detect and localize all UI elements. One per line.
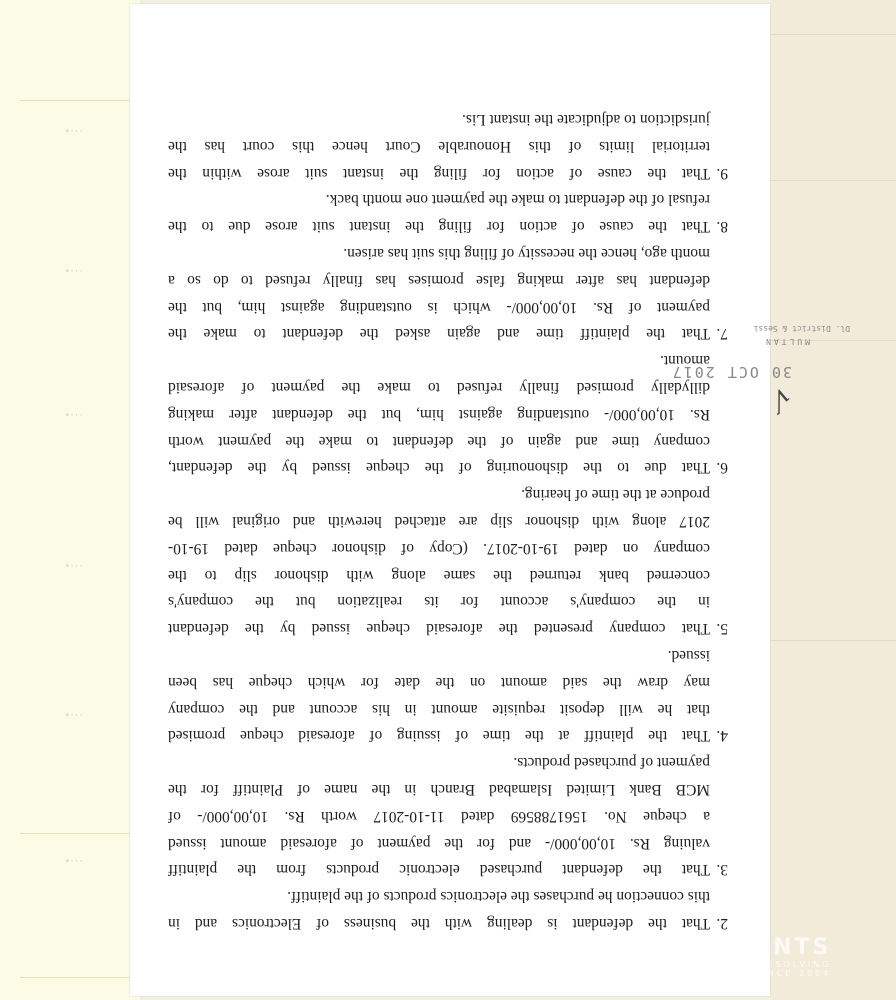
fold-line: [770, 640, 896, 641]
stamp-date: 30 OCT 2017: [671, 363, 792, 381]
document-body: 2.That the defendant is dealing with the…: [168, 105, 728, 936]
paragraph: 5.That company presented the aforesaid c…: [168, 480, 728, 641]
paragraph: 4.That the plaintiff at the time of issu…: [168, 641, 728, 748]
paragraph-line: territorial limits of this Honourable Co…: [168, 132, 728, 159]
paragraph-number: 2.: [710, 909, 728, 936]
paragraph-number: 7.: [710, 320, 728, 347]
paragraph-line: in the company's account for its realiza…: [168, 588, 728, 615]
stamp-city: MULTAN: [763, 337, 810, 346]
paragraph-number: 5.: [710, 614, 728, 641]
stamp-court: Dl. District & Sessi: [754, 324, 850, 333]
margin-mark: ᵃ ˑ ˑ ˑ: [66, 712, 83, 720]
right-margin-paper: [770, 0, 896, 1000]
paragraph-line: Rs. 10,00,000/- outstanding against him,…: [168, 400, 728, 427]
paragraph-line: that he will deposit requisite amount in…: [168, 695, 728, 722]
watermark-subtitle: RESOLVING: [640, 960, 831, 969]
fold-line: [20, 833, 130, 834]
paragraph-line: 2.That the defendant is dealing with the…: [168, 909, 728, 936]
paragraph-line: 5.That company presented the aforesaid c…: [168, 614, 728, 641]
paragraph-line: 8.That the cause of action for filing th…: [168, 212, 728, 239]
paragraph-line: company time and again of the defendant …: [168, 427, 728, 454]
paragraph-line: concerned bank returned the same along w…: [168, 561, 728, 588]
left-margin-paper: ᵃ ˑ ˑ ˑ ᵃ ˑ ˑ ˑ ᵃ ˑ ˑ ˑ ᵃ ˑ ˑ ˑ ᵃ ˑ ˑ ˑ …: [0, 0, 140, 1000]
watermark-title: COMPLAINTS: [640, 935, 831, 960]
paragraph-line: refusal of the defendant to make the pay…: [168, 186, 728, 213]
paragraph: 3.That the defendant purchased electroni…: [168, 748, 728, 882]
paragraph-line: valuing Rs. 10,00,000/- and for the paym…: [168, 829, 728, 856]
document-page: 2.That the defendant is dealing with the…: [130, 4, 770, 996]
margin-mark: ᵃ ˑ ˑ ˑ: [66, 858, 83, 866]
paragraph-number: 8.: [710, 212, 728, 239]
paragraph-line: may draw the said amount on the date for…: [168, 668, 728, 695]
paragraph-number: 9.: [710, 159, 728, 186]
margin-mark: ᵃ ˑ ˑ ˑ: [66, 268, 83, 276]
paragraph-line: jurisdiction to adjudicate the instant L…: [168, 105, 728, 132]
margin-mark: ᵃ ˑ ˑ ˑ: [66, 412, 83, 420]
paragraph-line: produce at the time of hearing.: [168, 480, 728, 507]
paragraph-line: month ago, hence the necessity of filing…: [168, 239, 728, 266]
paragraph-line: 3.That the defendant purchased electroni…: [168, 856, 728, 883]
paragraph-line: 6.That due to the dishonouring of the ch…: [168, 454, 728, 481]
paragraph: 2.That the defendant is dealing with the…: [168, 882, 728, 936]
paragraph-number: 3.: [710, 856, 728, 883]
paragraph-line: defendant has after making false promise…: [168, 266, 728, 293]
paragraph: 6.That due to the dishonouring of the ch…: [168, 346, 728, 480]
fold-line: [770, 34, 896, 35]
paragraph: 7.That the plaintiff time and again aske…: [168, 239, 728, 346]
paragraph-line: 7.That the plaintiff time and again aske…: [168, 320, 728, 347]
watermark-subtitle: SINCE 2004: [640, 969, 831, 978]
paragraph-line: 2017 along with dishonor slip are attach…: [168, 507, 728, 534]
rotated-content: 2.That the defendant is dealing with the…: [130, 4, 770, 996]
paragraph: 8.That the cause of action for filing th…: [168, 186, 728, 240]
paragraph: 9.That the cause of action for filing th…: [168, 105, 728, 185]
paragraph-number: 6.: [710, 454, 728, 481]
paragraph-line: dillydally promised finally refused to m…: [168, 373, 728, 400]
paragraph-number: 4.: [710, 722, 728, 749]
fold-line: [20, 100, 130, 101]
fold-line: [770, 180, 896, 181]
margin-mark: ᵃ ˑ ˑ ˑ: [66, 563, 83, 571]
paragraph-line: a cheque No. 1561788569 dated 11-10-2017…: [168, 802, 728, 829]
paragraph-line: 9.That the cause of action for filing th…: [168, 159, 728, 186]
paragraph-line: company on dated 19-10-2017. (Copy of di…: [168, 534, 728, 561]
court-stamp: 30 OCT 2017: [671, 363, 792, 381]
paragraph-line: payment of purchased products.: [168, 748, 728, 775]
paragraph-line: MCB Bank Limited Islamabad Branch in the…: [168, 775, 728, 802]
paragraph-line: this connection he purchases the electro…: [168, 882, 728, 909]
margin-mark: ᵃ ˑ ˑ ˑ: [66, 128, 83, 136]
paragraph-line: amount.: [168, 346, 728, 373]
paragraph-line: 4.That the plaintiff at the time of issu…: [168, 722, 728, 749]
paragraph-line: issued.: [168, 641, 728, 668]
watermark-logo: COMPLAINTS RESOLVING SINCE 2004: [640, 935, 831, 978]
paragraph-line: payment of Rs. 10,00,000/- which is outs…: [168, 293, 728, 320]
fold-line: [20, 977, 130, 978]
